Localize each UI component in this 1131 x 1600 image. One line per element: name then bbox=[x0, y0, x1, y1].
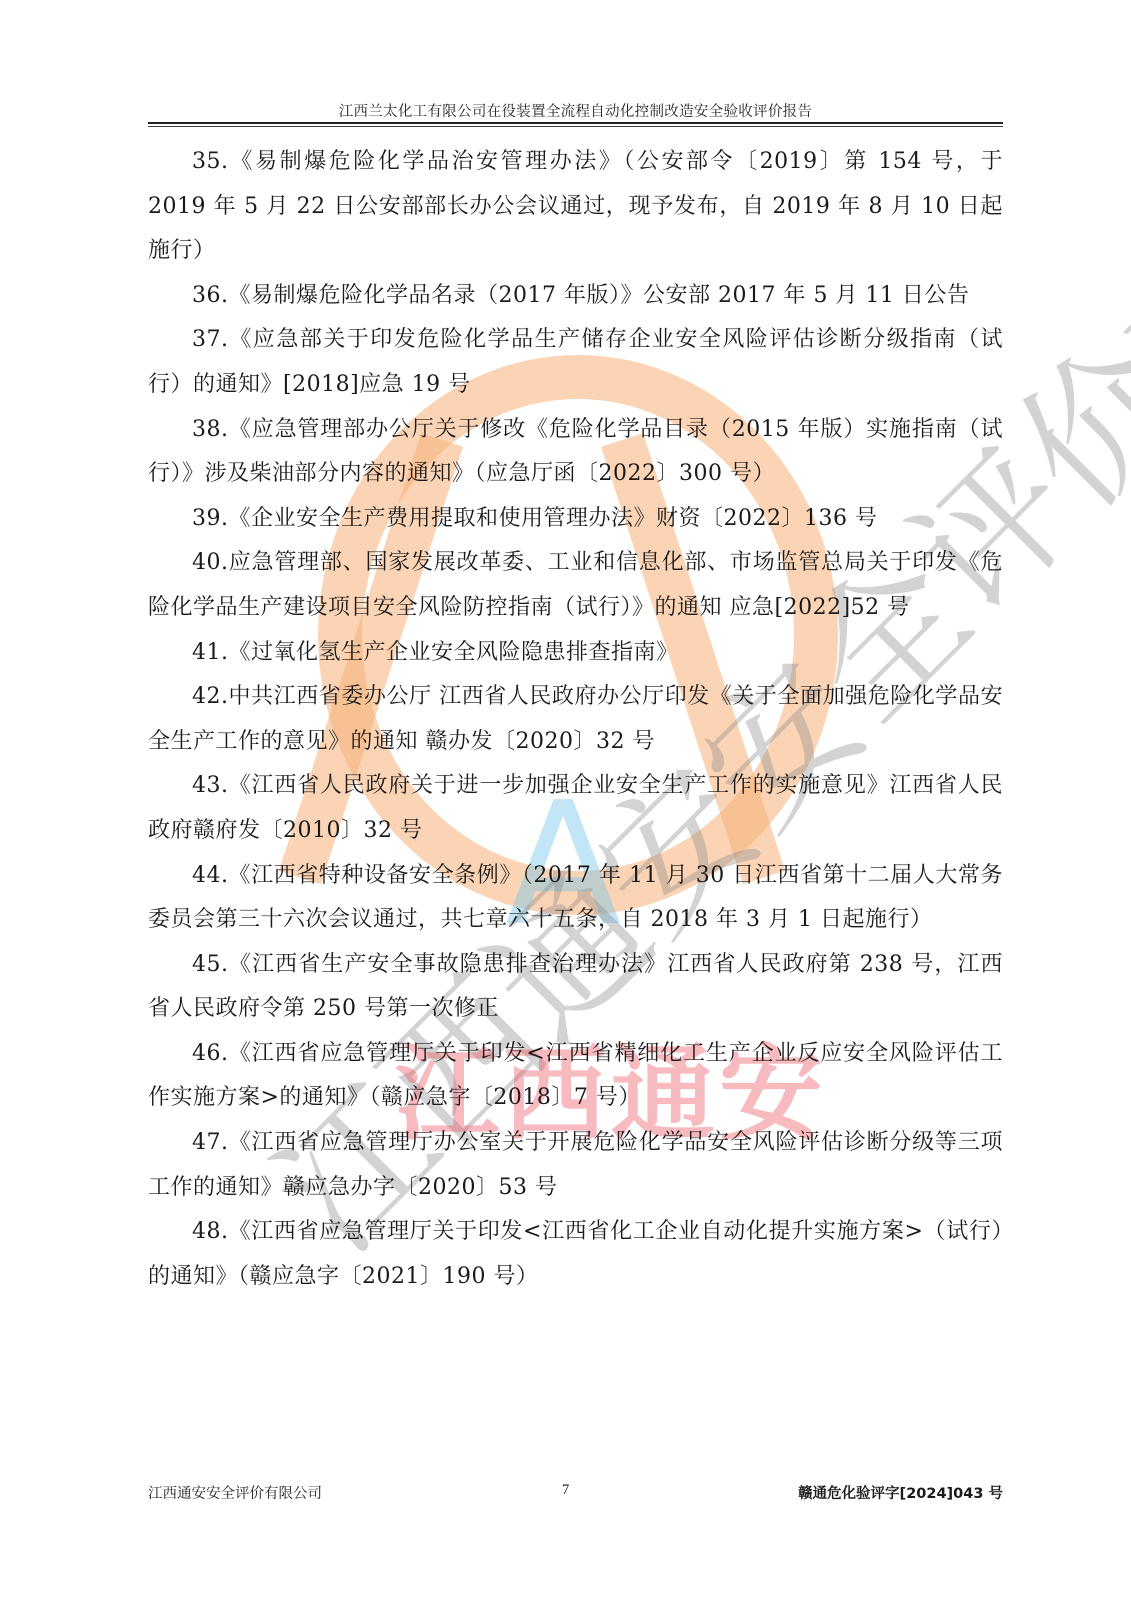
list-item-35: 35.《易制爆危险化学品治安管理办法》（公安部令〔2019〕第 154 号，于 … bbox=[148, 140, 1003, 274]
list-item-42: 42.中共江西省委办公厅 江西省人民政府办公厅印发《关于全面加强危险化学品安全生… bbox=[148, 675, 1003, 764]
list-item-41: 41.《过氧化氢生产企业安全风险隐患排查指南》 bbox=[148, 631, 1003, 676]
list-item-44: 44.《江西省特种设备安全条例》（2017 年 11 月 30 日江西省第十二届… bbox=[148, 854, 1003, 943]
footer-company: 江西通安安全评价有限公司 bbox=[148, 1482, 322, 1503]
header-divider-thin bbox=[148, 126, 1003, 127]
page-number: 7 bbox=[562, 1482, 569, 1499]
header-divider bbox=[148, 122, 1003, 124]
list-item-36: 36.《易制爆危险化学品名录（2017 年版）》公安部 2017 年 5 月 1… bbox=[148, 274, 1003, 319]
list-item-45: 45.《江西省生产安全事故隐患排查治理办法》江西省人民政府第 238 号，江西省… bbox=[148, 943, 1003, 1032]
footer-document-number: 赣通危化验评字[2024]043 号 bbox=[798, 1482, 1003, 1503]
list-item-43: 43.《江西省人民政府关于进一步加强企业安全生产工作的实施意见》江西省人民政府赣… bbox=[148, 764, 1003, 853]
list-item-39: 39.《企业安全生产费用提取和使用管理办法》财资〔2022〕136 号 bbox=[148, 497, 1003, 542]
list-item-38: 38.《应急管理部办公厅关于修改《危险化学品目录（2015 年版）实施指南（试行… bbox=[148, 408, 1003, 497]
list-item-46: 46.《江西省应急管理厅关于印发<江西省精细化工生产企业反应安全风险评估工作实施… bbox=[148, 1032, 1003, 1121]
list-item-47: 47.《江西省应急管理厅办公室关于开展危险化学品安全风险评估诊断分级等三项工作的… bbox=[148, 1121, 1003, 1210]
list-item-37: 37.《应急部关于印发危险化学品生产储存企业安全风险评估诊断分级指南（试行）的通… bbox=[148, 318, 1003, 407]
running-header-title: 江西兰太化工有限公司在役装置全流程自动化控制改造安全验收评价报告 bbox=[148, 100, 1003, 121]
list-item-48: 48.《江西省应急管理厅关于印发<江西省化工企业自动化提升实施方案>（试行）的通… bbox=[148, 1210, 1003, 1299]
regulation-list: 35.《易制爆危险化学品治安管理办法》（公安部令〔2019〕第 154 号，于 … bbox=[148, 140, 1003, 1299]
list-item-40: 40.应急管理部、国家发展改革委、工业和信息化部、市场监管总局关于印发《危险化学… bbox=[148, 541, 1003, 630]
